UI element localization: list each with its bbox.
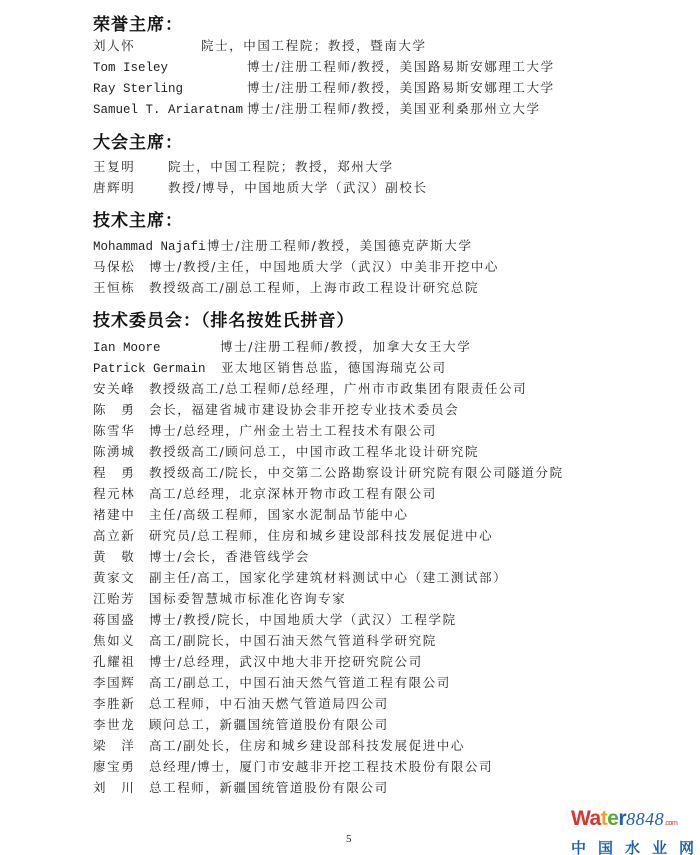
list-item: 唐辉明教授/博导，中国地质大学（武汉）副校长 (93, 180, 428, 196)
member-description: 研究员/总工程师，住房和城乡建设部科技发展促进中心 (149, 528, 493, 544)
member-name: 刘人怀 (93, 38, 201, 54)
list-item: 高立新研究员/总工程师，住房和城乡建设部科技发展促进中心 (93, 528, 493, 544)
member-description: 博士/总经理，武汉中地大非开挖研究院公司 (149, 654, 423, 670)
list-item: 刘 川总工程师，新疆国统管道股份有限公司 (93, 780, 389, 796)
member-name: 陈湧城 (93, 444, 149, 460)
section-title-technical-committee: 技术委员会：（排名按姓氏拼音） (93, 306, 355, 331)
member-name: Ian Moore (93, 340, 220, 356)
member-name: 梁 洋 (93, 738, 149, 754)
member-name: 陈 勇 (93, 402, 149, 418)
list-item: 安关峰教授级高工/总工程师/总经理，广州市市政集团有限责任公司 (93, 381, 527, 397)
logo-subtitle: 中国水业网 (571, 837, 696, 855)
member-description: 高工/总经理，北京深林开物市政工程有限公司 (149, 486, 437, 502)
member-description: 总经理/博士，厦门市安越非开挖工程技术股份有限公司 (149, 759, 493, 775)
list-item: 陈雪华博士/总经理，广州金土岩土工程技术有限公司 (93, 423, 437, 439)
member-name: 孔耀祖 (93, 654, 149, 670)
list-item: Samuel T. Ariaratnam博士/注册工程师/教授，美国亚利桑那州立… (93, 101, 541, 118)
member-description: 博士/教授/院长，中国地质大学（武汉）工程学院 (149, 612, 457, 628)
logo-letter: e (607, 807, 618, 830)
list-item: 蒋国盛博士/教授/院长，中国地质大学（武汉）工程学院 (93, 612, 457, 628)
member-name: 蒋国盛 (93, 612, 149, 628)
member-description: 博士/会长，香港管线学会 (149, 549, 310, 565)
member-name: Tom Iseley (93, 60, 247, 76)
list-item: 马保松博士/教授/主任，中国地质大学（武汉）中美非开挖中心 (93, 259, 499, 275)
member-description: 国标委智慧城市标准化咨询专家 (149, 591, 346, 607)
member-name: 高立新 (93, 528, 149, 544)
member-name: 唐辉明 (93, 180, 168, 196)
member-name: 黄 敬 (93, 549, 149, 565)
list-item: 刘人怀院士，中国工程院；教授，暨南大学 (93, 38, 427, 54)
member-description: 教授级高工/院长，中交第二公路勘察设计研究院有限公司隧道分院 (149, 465, 564, 481)
logo-number: 8848 (626, 809, 664, 829)
member-description: 副主任/高工，国家化学建筑材料测试中心（建工测试部） (149, 570, 507, 586)
page-number: 5 (346, 833, 352, 845)
list-item: 王复明院士，中国工程院；教授，郑州大学 (93, 159, 394, 175)
list-item: Patrick Germain亚太地区销售总监，德国海瑞克公司 (93, 360, 447, 377)
list-item: 程元林高工/总经理，北京深林开物市政工程有限公司 (93, 486, 437, 502)
member-description: 博士/注册工程师/教授，美国德克萨斯大学 (207, 238, 472, 254)
member-name: Ray Sterling (93, 81, 247, 97)
list-item: 李世龙顾问总工，新疆国统管道股份有限公司 (93, 717, 389, 733)
water8848-logo[interactable]: Water8848.com 中国水业网 (571, 808, 696, 852)
member-description: 博士/注册工程师/教授，美国亚利桑那州立大学 (247, 101, 541, 117)
logo-letter: r (618, 807, 626, 830)
logo-domain-suffix: .com (664, 820, 677, 827)
member-name: Mohammad Najafi (93, 239, 207, 255)
member-description: 博士/注册工程师/教授，美国路易斯安娜理工大学 (247, 80, 555, 96)
section-title-conference-chairs: 大会主席： (93, 128, 183, 153)
member-description: 顾问总工，新疆国统管道股份有限公司 (149, 717, 389, 733)
member-description: 博士/教授/主任，中国地质大学（武汉）中美非开挖中心 (149, 259, 499, 275)
member-description: 亚太地区销售总监，德国海瑞克公司 (221, 360, 447, 376)
member-name: 程 勇 (93, 465, 149, 481)
list-item: Ian Moore博士/注册工程师/教授，加拿大女王大学 (93, 339, 471, 356)
list-item: 黄家文副主任/高工，国家化学建筑材料测试中心（建工测试部） (93, 570, 507, 586)
member-description: 会长，福建省城市建设协会非开挖专业技术委员会 (149, 402, 459, 418)
member-name: 安关峰 (93, 381, 149, 397)
list-item: 陈 勇会长，福建省城市建设协会非开挖专业技术委员会 (93, 402, 459, 418)
logo-letter: a (590, 807, 601, 830)
member-name: 程元林 (93, 486, 149, 502)
member-description: 总工程师，新疆国统管道股份有限公司 (149, 780, 389, 796)
list-item: Tom Iseley博士/注册工程师/教授，美国路易斯安娜理工大学 (93, 59, 555, 76)
list-item: 焦如义高工/副院长，中国石油天然气管道科学研究院 (93, 633, 437, 649)
list-item: 程 勇教授级高工/院长，中交第二公路勘察设计研究院有限公司隧道分院 (93, 465, 564, 481)
logo-wordmark: Water8848.com (571, 808, 696, 834)
logo-letter: W (571, 807, 590, 830)
list-item: 黄 敬博士/会长，香港管线学会 (93, 549, 310, 565)
member-description: 总工程师，中石油天燃气管道局四公司 (149, 696, 389, 712)
member-name: 马保松 (93, 259, 149, 275)
list-item: 王恒栋教授级高工/副总工程师，上海市政工程设计研究总院 (93, 280, 479, 296)
member-name: Patrick Germain (93, 361, 221, 377)
list-item: 梁 洋高工/副处长，住房和城乡建设部科技发展促进中心 (93, 738, 465, 754)
member-name: 刘 川 (93, 780, 149, 796)
list-item: 廖宝勇总经理/博士，厦门市安越非开挖工程技术股份有限公司 (93, 759, 493, 775)
member-description: 教授/博导，中国地质大学（武汉）副校长 (168, 180, 428, 196)
member-name: 陈雪华 (93, 423, 149, 439)
list-item: 李国辉高工/副总工，中国石油天然气管道工程有限公司 (93, 675, 451, 691)
section-title-honorary-chairs: 荣誉主席： (93, 10, 183, 35)
list-item: 李胜新总工程师，中石油天燃气管道局四公司 (93, 696, 389, 712)
member-name: 焦如义 (93, 633, 149, 649)
member-name: 褚建中 (93, 507, 149, 523)
member-description: 博士/注册工程师/教授，美国路易斯安娜理工大学 (247, 59, 555, 75)
member-name: 江贻芳 (93, 591, 149, 607)
member-description: 高工/副总工，中国石油天然气管道工程有限公司 (149, 675, 451, 691)
member-description: 院士，中国工程院；教授，暨南大学 (201, 38, 427, 54)
member-name: 廖宝勇 (93, 759, 149, 775)
section-title-technical-chairs: 技术主席： (93, 206, 183, 231)
list-item: 陈湧城教授级高工/顾问总工，中国市政工程华北设计研究院 (93, 444, 479, 460)
member-name: 王恒栋 (93, 280, 149, 296)
member-description: 教授级高工/总工程师/总经理，广州市市政集团有限责任公司 (149, 381, 527, 397)
member-name: 王复明 (93, 159, 168, 175)
member-description: 博士/注册工程师/教授，加拿大女王大学 (220, 339, 471, 355)
member-description: 博士/总经理，广州金土岩土工程技术有限公司 (149, 423, 437, 439)
member-description: 教授级高工/顾问总工，中国市政工程华北设计研究院 (149, 444, 479, 460)
member-name: 黄家文 (93, 570, 149, 586)
member-description: 院士，中国工程院；教授，郑州大学 (168, 159, 394, 175)
member-name: 李世龙 (93, 717, 149, 733)
list-item: Ray Sterling博士/注册工程师/教授，美国路易斯安娜理工大学 (93, 80, 555, 97)
list-item: 江贻芳国标委智慧城市标准化咨询专家 (93, 591, 346, 607)
member-name: 李国辉 (93, 675, 149, 691)
member-name: Samuel T. Ariaratnam (93, 102, 247, 118)
member-description: 主任/高级工程师，国家水泥制品节能中心 (149, 507, 409, 523)
member-description: 高工/副处长，住房和城乡建设部科技发展促进中心 (149, 738, 465, 754)
member-description: 教授级高工/副总工程师，上海市政工程设计研究总院 (149, 280, 479, 296)
list-item: 孔耀祖博士/总经理，武汉中地大非开挖研究院公司 (93, 654, 423, 670)
member-name: 李胜新 (93, 696, 149, 712)
member-description: 高工/副院长，中国石油天然气管道科学研究院 (149, 633, 437, 649)
list-item: 褚建中主任/高级工程师，国家水泥制品节能中心 (93, 507, 409, 523)
list-item: Mohammad Najafi博士/注册工程师/教授，美国德克萨斯大学 (93, 238, 472, 255)
